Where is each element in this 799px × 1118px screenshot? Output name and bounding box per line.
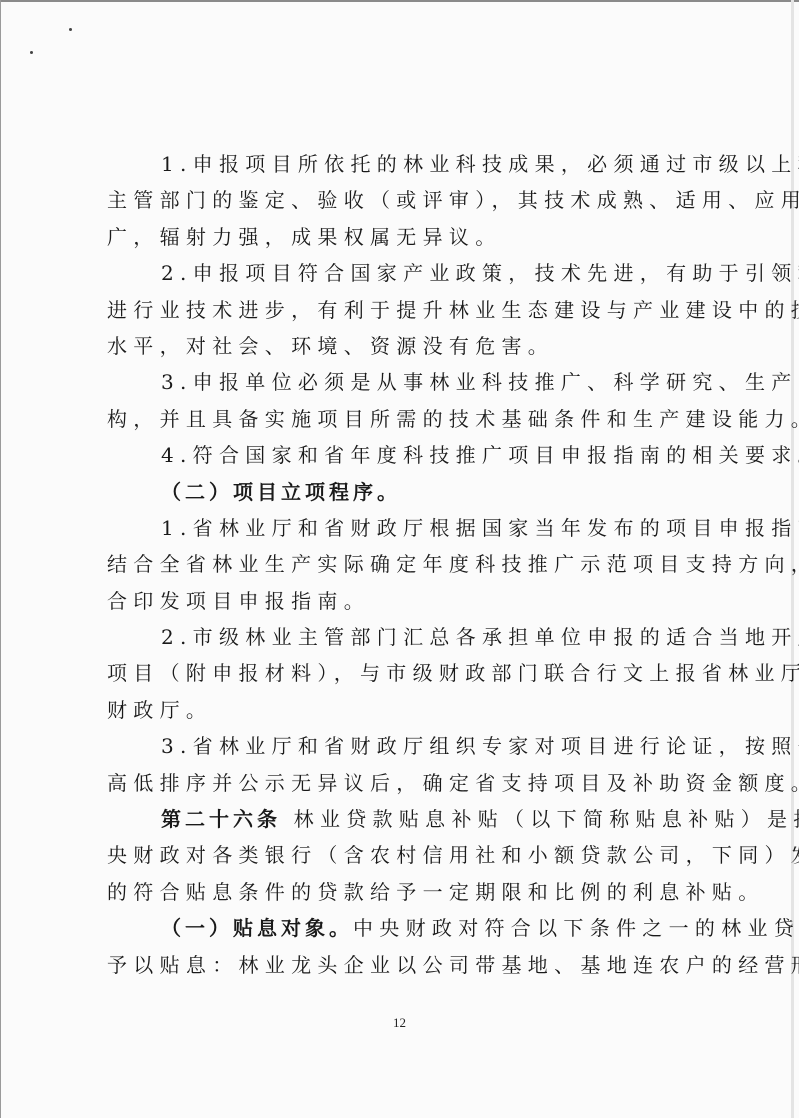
text-line: 第二十六条 林业贷款贴息补贴（以下简称贴息补贴）是指中 [107, 801, 677, 837]
text-line: （一）贴息对象。中央财政对符合以下条件之一的林业贷款 [107, 910, 677, 946]
body-text: 广，辐射力强，成果权属无异议。 [107, 225, 502, 249]
text-line: 水平，对社会、环境、资源没有危害。 [107, 328, 677, 364]
body-text: 1.申报项目所依托的林业科技成果，必须通过市级以上科技 [161, 152, 799, 176]
text-line: 合印发项目申报指南。 [107, 583, 677, 619]
text-line: 高低排序并公示无异议后，确定省支持项目及补助资金额度。 [107, 765, 677, 801]
page-number: 12 [0, 1015, 799, 1031]
body-text: 高低排序并公示无异议后，确定省支持项目及补助资金额度。 [107, 771, 799, 795]
text-line: 4.符合国家和省年度科技推广项目申报指南的相关要求。 [107, 437, 677, 473]
scan-edge-top [0, 0, 799, 2]
text-line: 2.申报项目符合国家产业政策，技术先进，有助于引领和促 [107, 255, 677, 291]
text-line: 主管部门的鉴定、验收（或评审），其技术成熟、适用、应用范围 [107, 182, 677, 218]
body-text: 的符合贴息条件的贷款给予一定期限和比例的利息补贴。 [107, 880, 765, 904]
scan-edge-left [0, 0, 1, 1118]
body-text: 3.省林业厅和省财政厅组织专家对项目进行论证，按照分数 [161, 734, 799, 758]
text-line: 1.申报项目所依托的林业科技成果，必须通过市级以上科技 [107, 146, 677, 182]
text-line: 进行业技术进步，有利于提升林业生态建设与产业建设中的技术 [107, 292, 677, 328]
body-text: 合印发项目申报指南。 [107, 589, 370, 613]
body-text: 主管部门的鉴定、验收（或评审），其技术成熟、适用、应用范围 [107, 188, 799, 212]
scan-speck [69, 28, 72, 31]
text-line: （二）项目立项程序。 [107, 474, 677, 510]
text-line: 构，并且具备实施项目所需的技术基础条件和生产建设能力。 [107, 401, 677, 437]
text-line: 项目（附申报材料），与市级财政部门联合行文上报省林业厅和省 [107, 655, 677, 691]
body-text: 央财政对各类银行（含农村信用社和小额贷款公司，下同）发放 [107, 843, 799, 867]
text-line: 财政厅。 [107, 692, 677, 728]
bold-heading-text: （一）贴息对象。 [161, 916, 353, 940]
body-text: 3.申报单位必须是从事林业科技推广、科学研究、生产的机 [161, 370, 799, 394]
body-text: 4.符合国家和省年度科技推广项目申报指南的相关要求。 [161, 443, 799, 467]
text-line: 3.申报单位必须是从事林业科技推广、科学研究、生产的机 [107, 364, 677, 400]
text-line: 央财政对各类银行（含农村信用社和小额贷款公司，下同）发放 [107, 837, 677, 873]
body-text: 财政厅。 [107, 698, 212, 722]
text-line: 的符合贴息条件的贷款给予一定期限和比例的利息补贴。 [107, 874, 677, 910]
scan-speck [30, 51, 33, 54]
body-text: 项目（附申报材料），与市级财政部门联合行文上报省林业厅和省 [107, 661, 799, 685]
body-text: 2.申报项目符合国家产业政策，技术先进，有助于引领和促 [161, 261, 799, 285]
body-text: 中央财政对符合以下条件之一的林业贷款 [353, 916, 799, 940]
body-text: 1.省林业厅和省财政厅根据国家当年发布的项目申报指南， [161, 516, 799, 540]
body-text: 2.市级林业主管部门汇总各承担单位申报的适合当地开展的 [161, 625, 799, 649]
body-text: 水平，对社会、环境、资源没有危害。 [107, 334, 554, 358]
text-line: 2.市级林业主管部门汇总各承担单位申报的适合当地开展的 [107, 619, 677, 655]
body-text: 结合全省林业生产实际确定年度科技推广示范项目支持方向，联 [107, 552, 799, 576]
bold-heading-text: 第二十六条 [161, 807, 281, 831]
body-text: 进行业技术进步，有利于提升林业生态建设与产业建设中的技术 [107, 298, 799, 322]
bold-heading-text: （二）项目立项程序。 [161, 480, 401, 504]
text-line: 1.省林业厅和省财政厅根据国家当年发布的项目申报指南， [107, 510, 677, 546]
body-text: 构，并且具备实施项目所需的技术基础条件和生产建设能力。 [107, 407, 799, 431]
text-line: 3.省林业厅和省财政厅组织专家对项目进行论证，按照分数 [107, 728, 677, 764]
body-text: 林业贷款贴息补贴（以下简称贴息补贴）是指中 [281, 807, 799, 831]
document-body: 1.申报项目所依托的林业科技成果，必须通过市级以上科技主管部门的鉴定、验收（或评… [107, 146, 677, 983]
text-line: 广，辐射力强，成果权属无异议。 [107, 219, 677, 255]
text-line: 予以贴息：林业龙头企业以公司带基地、基地连农户的经营形式， [107, 947, 677, 983]
text-line: 结合全省林业生产实际确定年度科技推广示范项目支持方向，联 [107, 546, 677, 582]
body-text: 予以贴息：林业龙头企业以公司带基地、基地连农户的经营形式， [107, 953, 799, 977]
